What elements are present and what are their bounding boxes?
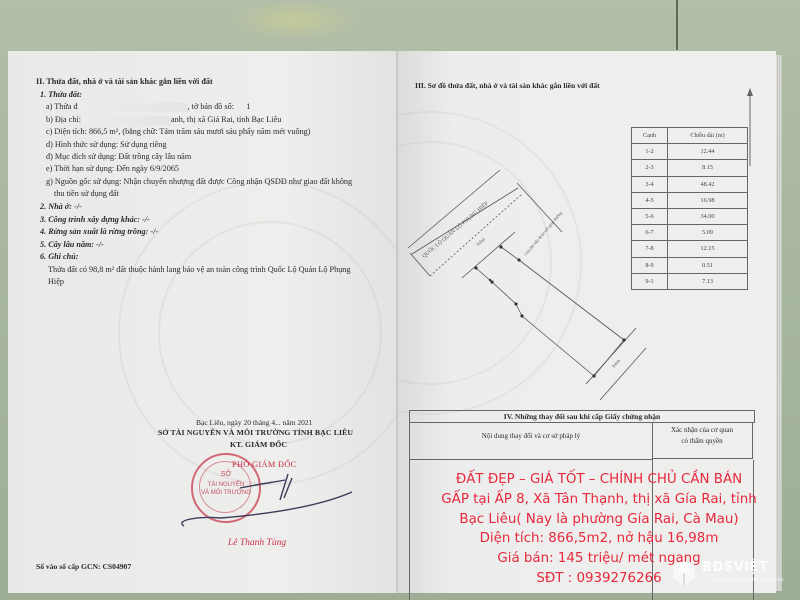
edge-length: 7.13 xyxy=(668,273,748,289)
issuing-agency: SỞ TÀI NGUYÊN VÀ MÔI TRƯỜNG TỈNH BẠC LIÊ… xyxy=(158,428,353,437)
address-label: b) Địa chỉ: xyxy=(46,115,81,124)
table-row: 2-38.15 xyxy=(632,160,748,176)
table-row: 8-90.51 xyxy=(632,257,748,273)
table-row: 1-212.44 xyxy=(632,144,748,160)
ad-location-line1: GẤP tại ẤP 8, Xã Tân Thạnh, thị xã Gía R… xyxy=(404,490,794,510)
edge-length: 8.15 xyxy=(668,160,748,176)
signing-date: Bạc Liêu, ngày 20 tháng 4... năm 2021 xyxy=(196,417,312,428)
item-house: 2. Nhà ở: -/- xyxy=(40,201,82,212)
edge-length-table: CạnhChiều dài (m)1-212.442-38.153-448.42… xyxy=(631,127,748,290)
table-row: 4-516.98 xyxy=(632,192,748,208)
edge-name: 8-9 xyxy=(632,257,668,273)
logo-tagline: Đăng tin không cần đăng nhập xyxy=(714,578,784,583)
edge-length: 48.42 xyxy=(668,176,748,192)
header-length: Chiều dài (m) xyxy=(668,128,748,144)
edge-length: 5.09 xyxy=(668,225,748,241)
edge-name: 2-3 xyxy=(632,160,668,176)
bdsviet-logo-icon xyxy=(672,560,696,586)
note-line1: Thửa đất có 98,8 m² đất thuộc hành lang … xyxy=(48,264,350,275)
edge-length: 0.51 xyxy=(668,257,748,273)
table-row: 5-634.00 xyxy=(632,208,748,224)
header-edge: Cạnh xyxy=(632,128,668,144)
logo-name: BĐSVIỆT xyxy=(702,560,768,575)
edge-name: 6-7 xyxy=(632,225,668,241)
drum-watermark-inner xyxy=(158,221,382,445)
edge-table-header: CạnhChiều dài (m) xyxy=(632,128,748,144)
land-parcel-line: a) Thửa đ, tờ bản đồ số: 1 xyxy=(46,101,250,112)
land-usage-form: d) Hình thức sử dụng: Sử dụng riêng xyxy=(46,139,166,150)
bdsviet-watermark-logo: BĐSVIỆT Đăng tin không cần đăng nhập xyxy=(672,558,782,588)
edge-length: 12.15 xyxy=(668,241,748,257)
redacted-block xyxy=(81,116,171,125)
land-usage-term: e) Thời hạn sử dụng: Đến ngày 6/9/2065 xyxy=(46,163,179,174)
changes-content-header: Nội dung thay đổi và cơ sở pháp lý xyxy=(409,422,653,460)
background-wall xyxy=(230,0,360,40)
edge-name: 7-8 xyxy=(632,241,668,257)
changes-authority-header: Xác nhận của cơ quan có thẩm quyền xyxy=(652,422,753,459)
signer-name: Lê Thanh Tùng xyxy=(228,538,286,549)
edge-name: 3-4 xyxy=(632,176,668,192)
land-parcel-diagram: QUỐC LỘ QUẢN LỘ PHỤNG HIỆP Chủ đất tiếp … xyxy=(400,150,650,400)
address-value: anh, thị xã Giá Rai, tỉnh Bạc Liêu xyxy=(171,115,281,124)
edge-length: 12.44 xyxy=(668,144,748,160)
edge-name: 9-1 xyxy=(632,273,668,289)
land-origin-line2: thu tiền sử dụng đất xyxy=(54,188,119,199)
table-row: 7-812.15 xyxy=(632,241,748,257)
map-sheet-label: , tờ bản đồ số: xyxy=(188,102,234,111)
parcel-label: a) Thửa đ xyxy=(46,102,78,111)
item-perennial-trees: 5. Cây lâu năm: -/- xyxy=(40,239,104,250)
ad-location-line2: Bạc Liêu( Nay là phường Gía Rai, Cà Mau) xyxy=(404,510,794,530)
signature-stroke xyxy=(180,470,360,530)
land-area-line: c) Diện tích: 866,5 m², (bằng chữ: Tám t… xyxy=(46,126,311,137)
canal-label-top: Kênh xyxy=(475,236,486,247)
map-sheet-number: 1 xyxy=(246,102,250,111)
for-director-label: KT. GIÁM ĐỐC xyxy=(230,440,287,449)
neighbor-label: Chủ đất tiếp đoạn nối giáp đường xyxy=(523,210,563,257)
item-notes: 6. Ghi chú: xyxy=(40,251,78,262)
ad-headline: ĐẤT ĐẸP – GIÁ TỐT – CHÍNH CHỦ CẦN BÁN xyxy=(404,470,794,490)
edge-name: 1-2 xyxy=(632,144,668,160)
canal-label-bottom: Kênh xyxy=(611,358,622,369)
item-forest: 4. Rừng sản xuất là rừng trồng: -/- xyxy=(40,226,158,237)
section-iii-title: III. Sơ đồ thửa đất, nhà ở và tài sản kh… xyxy=(415,80,600,91)
land-usage-purpose: đ) Mục đích sử dụng: Đất trồng cây lâu n… xyxy=(46,151,191,162)
item-other-construction: 3. Công trình xây dựng khác: -/- xyxy=(40,214,150,225)
edge-length: 16.98 xyxy=(668,192,748,208)
land-origin-line1: g) Nguồn gốc sử dụng: Nhận chuyển nhượng… xyxy=(46,176,352,187)
section-ii-title: II. Thửa đất, nhà ở và tài sản khác gắn … xyxy=(36,76,213,87)
ad-area: Diện tích: 866,5m2, nở hậu 16,98m xyxy=(404,529,794,549)
background-edge xyxy=(676,0,678,50)
registry-number: Số vào sổ cấp GCN: CS04907 xyxy=(36,561,131,572)
table-row: 9-17.13 xyxy=(632,273,748,289)
table-row: 3-448.42 xyxy=(632,176,748,192)
edge-name: 4-5 xyxy=(632,192,668,208)
redacted-block xyxy=(78,103,188,112)
authority-header-line1: Xác nhận của cơ quan xyxy=(652,425,752,436)
land-heading: 1. Thửa đất: xyxy=(40,89,82,100)
land-address-line: b) Địa chỉ:anh, thị xã Giá Rai, tỉnh Bạc… xyxy=(46,114,281,125)
authority-header-line2: có thẩm quyền xyxy=(652,436,752,447)
edge-name: 5-6 xyxy=(632,208,668,224)
edge-length: 34.00 xyxy=(668,208,748,224)
table-row: 6-75.09 xyxy=(632,225,748,241)
note-line2: Hiệp xyxy=(48,276,64,287)
